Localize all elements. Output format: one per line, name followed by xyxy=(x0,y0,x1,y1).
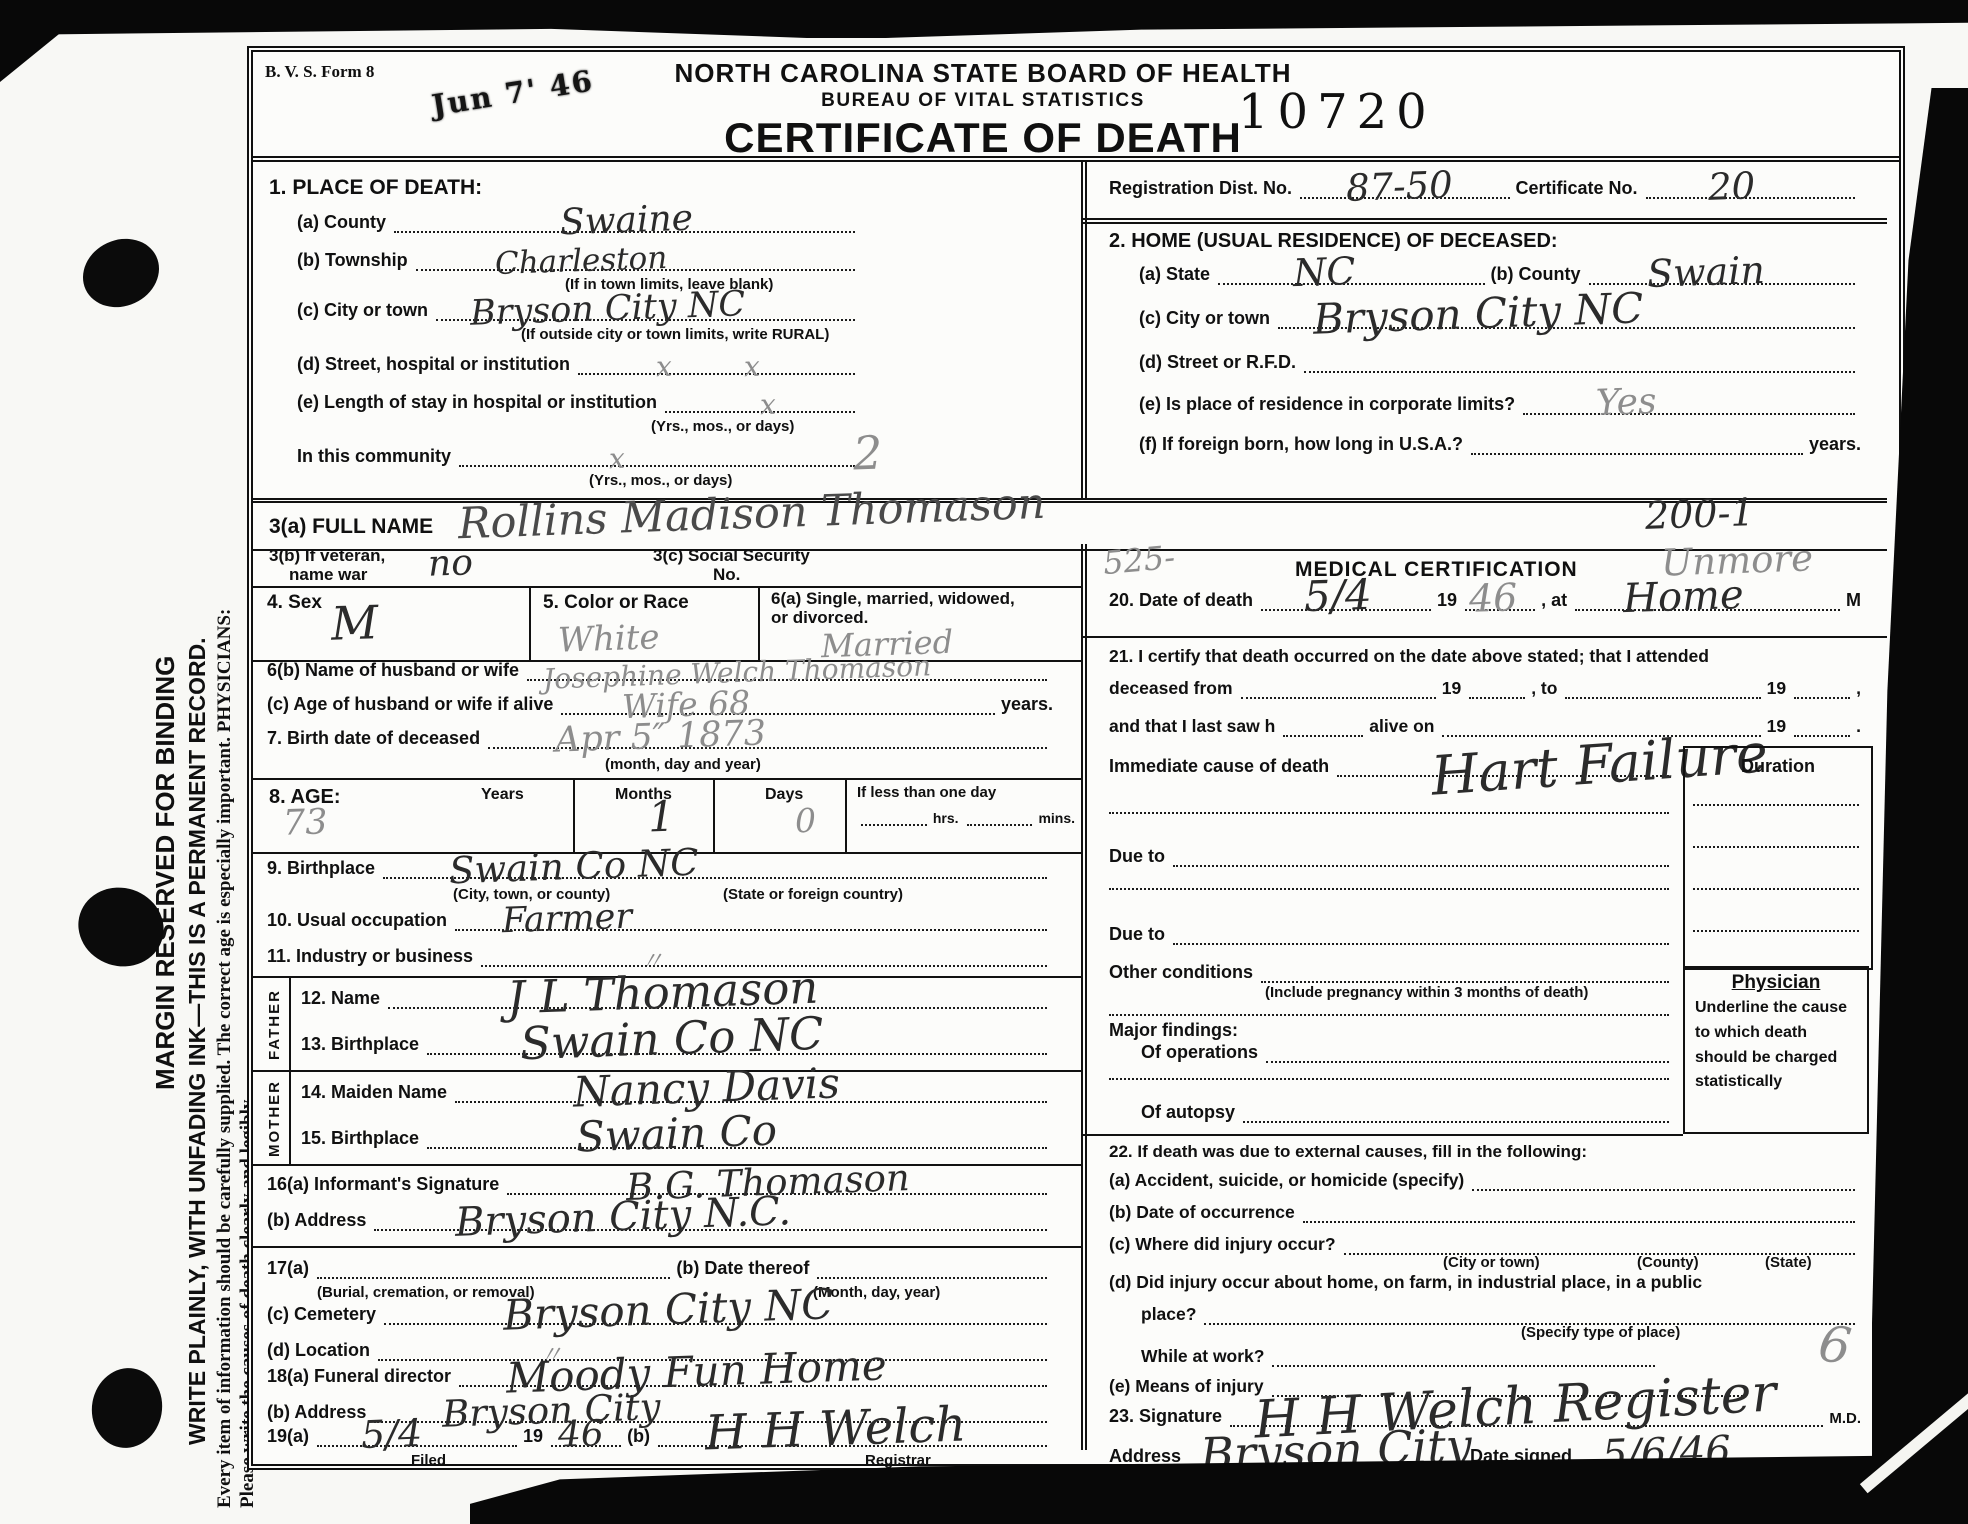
township-value: Charleston xyxy=(494,243,667,280)
home-corporate-value: Yes xyxy=(1596,384,1658,422)
mother-name-line: Nancy Davis xyxy=(455,1096,1047,1103)
home-state-label: (a) State xyxy=(1139,264,1210,285)
street-label: (d) Street, hospital or institution xyxy=(297,354,570,375)
date-of-death-row: 20. Date of death 5/4 19 46 , at Home M xyxy=(1109,590,1861,611)
father-name-row: 12. Name J L Thomason xyxy=(301,988,1053,1009)
community-row: In this community x xyxy=(297,446,861,467)
accident-row: (a) Accident, suicide, or homicide (spec… xyxy=(1109,1170,1861,1191)
age-years-value: 73 xyxy=(282,805,328,842)
margin-binding-note: MARGIN RESERVED FOR BINDING xyxy=(150,656,181,1090)
occurrence-date-row: (b) Date of occurrence xyxy=(1109,1202,1861,1223)
scan-corner-top-left xyxy=(0,30,64,82)
occurrence-date-label: (b) Date of occurrence xyxy=(1109,1202,1295,1223)
sex-value: M xyxy=(330,599,379,647)
community-line: x xyxy=(459,460,855,467)
due-to-label-2: Due to xyxy=(1109,924,1165,945)
home-state-value: NC xyxy=(1292,252,1356,292)
margin-permanent-record-note: WRITE PLAINLY, WITH UNFADING INK—THIS IS… xyxy=(184,637,211,1445)
fullname-code: 200-1 xyxy=(1644,493,1755,535)
registrar-signature-value: H H Welch xyxy=(704,1400,967,1457)
injury-home-label: (d) Did injury occur about home, on farm… xyxy=(1109,1272,1702,1293)
certificate-no-line: 20 xyxy=(1646,192,1855,199)
date-of-death-value: 5/4 xyxy=(1303,574,1372,618)
township-line: Charleston xyxy=(416,264,855,271)
filed-date-value: 5/4 xyxy=(360,1414,422,1454)
fullname-label: 3(a) FULL NAME xyxy=(269,515,433,539)
father-side-cell: FATHER xyxy=(259,978,291,1070)
ssn-label: 3(c) Social Security xyxy=(653,546,810,566)
home-city-label: (c) City or town xyxy=(1139,308,1270,329)
home-city-line: Bryson City NC xyxy=(1278,322,1855,329)
age-hrs-mins-row: hrs. mins. xyxy=(853,810,1075,826)
community-pencil-mark: 2 xyxy=(852,430,883,477)
informant-address-row: (b) Address Bryson City N.C. xyxy=(267,1210,1053,1231)
birthplace-row: 9. Birthplace Swain Co NC xyxy=(267,858,1053,879)
stay-length-note: (Yrs., mos., or days) xyxy=(651,418,794,435)
disposal-row: 17(a) (b) Date thereof xyxy=(267,1258,1053,1279)
disposal-date-line xyxy=(817,1272,1047,1279)
attended-from-year-line xyxy=(1469,692,1525,699)
spouse-age-row: (c) Age of husband or wife if alive Wife… xyxy=(267,694,1053,715)
immediate-cause-label: Immediate cause of death xyxy=(1109,756,1329,777)
injury-where-note1: (City or town) xyxy=(1443,1254,1540,1271)
dod-place-value: Home xyxy=(1622,575,1744,619)
injury-where-label: (c) Where did injury occur? xyxy=(1109,1234,1336,1255)
registration-divider xyxy=(1083,218,1887,224)
cemetery-value: Bryson City NC xyxy=(503,1283,835,1337)
home-corporate-line: Yes xyxy=(1523,408,1855,415)
age-mins-label: mins. xyxy=(1038,810,1075,826)
township-row: (b) Township Charleston xyxy=(297,250,861,271)
due-to-line-1 xyxy=(1173,860,1669,867)
medical-bottom-divider xyxy=(1083,1134,1683,1136)
industry-label: 11. Industry or business xyxy=(267,946,473,967)
attended-from-line xyxy=(1241,692,1436,699)
stay-length-label: (e) Length of stay in hospital or instit… xyxy=(297,392,657,413)
home-foreign-row: (f) If foreign born, how long in U.S.A.?… xyxy=(1139,434,1861,455)
county-value: Swaine xyxy=(559,201,693,242)
fullname-value: Rollins Madison Thomason xyxy=(457,483,1046,546)
registration-dist-line: 87-50 xyxy=(1300,192,1509,199)
veteran-row: 3(b) If veteran, name war no 3(c) Social… xyxy=(253,544,1083,588)
cemetery-row: (c) Cemetery Bryson City NC xyxy=(267,1304,1053,1325)
filed-date-line: 5/4 xyxy=(317,1440,517,1447)
filed-b-label: (b) xyxy=(627,1426,650,1447)
spouse-age-suffix: years. xyxy=(1001,694,1053,715)
age-less-label: If less than one day xyxy=(857,784,996,801)
spouse-line: Josephine Welch Thomason xyxy=(527,674,1047,681)
county-line: Swaine xyxy=(394,226,855,233)
marital-label: 6(a) Single, married, widowed, xyxy=(771,589,1015,609)
birthdate-line: Apr 5″ 1873 xyxy=(488,742,1047,749)
industry-row: 11. Industry or business 〃 xyxy=(267,946,1053,967)
street-row: (d) Street, hospital or institution x x xyxy=(297,354,861,375)
form-body: 1. PLACE OF DEATH: (a) County Swaine (b)… xyxy=(253,162,1899,1450)
registration-dist-label: Registration Dist. No. xyxy=(1109,178,1292,199)
street-line: x x xyxy=(578,368,855,375)
certificate-no-label: Certificate No. xyxy=(1516,178,1638,199)
physician-title: Physician xyxy=(1695,972,1857,994)
physician-note: Underline the cause to which death shoul… xyxy=(1695,996,1857,1095)
street-x-mark-2: x xyxy=(744,353,761,382)
sex-race-marital-row: 4. Sex M 5. Color or Race White 6(a) Sin… xyxy=(253,586,1083,662)
operations-label: Of operations xyxy=(1141,1042,1258,1063)
mother-birthplace-value: Swain Co xyxy=(575,1110,777,1159)
column-divider-top xyxy=(1081,162,1087,498)
attended-to-label: , to xyxy=(1531,678,1557,699)
attended-from-label: deceased from xyxy=(1109,678,1233,699)
physician-signature-row: 23. Signature H H Welch Register M.D. xyxy=(1109,1406,1861,1427)
last-saw-h-line xyxy=(1283,730,1363,737)
ssn-label2: No. xyxy=(713,565,740,585)
birthplace-label: 9. Birthplace xyxy=(267,858,375,879)
age-days-value: 0 xyxy=(794,804,816,838)
major-findings-label: Major findings: xyxy=(1109,1020,1238,1041)
column-divider-bottom xyxy=(1081,544,1087,1450)
birthplace-line: Swain Co NC xyxy=(383,872,1047,879)
age-div2 xyxy=(713,778,715,852)
city-note: (If outside city or town limits, write R… xyxy=(521,326,829,343)
form-header: B. V. S. Form 8 Jun 7' 46 NORTH CAROLINA… xyxy=(253,52,1899,162)
injury-where-note3: (State) xyxy=(1765,1254,1812,1271)
alive-period: . xyxy=(1856,716,1861,737)
date-of-death-label: 20. Date of death xyxy=(1109,590,1253,611)
age-mins-line xyxy=(967,819,1033,826)
occupation-value: Farmer xyxy=(502,900,633,940)
due-to-line-2 xyxy=(1173,938,1669,945)
funeral-director-line: Moody Fun Home xyxy=(459,1380,1047,1387)
funeral-address-label: (b) Address xyxy=(267,1402,366,1423)
duration-rule-3 xyxy=(1693,888,1859,890)
informant-signature-label: 16(a) Informant's Signature xyxy=(267,1174,499,1195)
other-conditions-line xyxy=(1261,976,1669,983)
marital-label2: or divorced. xyxy=(771,608,868,628)
father-side-label: FATHER xyxy=(266,989,283,1060)
funeral-director-row: 18(a) Funeral director Moody Fun Home xyxy=(267,1366,1053,1387)
registrar-signature-line: H H Welch xyxy=(658,1440,1047,1447)
while-at-work-line xyxy=(1272,1360,1655,1367)
mother-birthplace-label: 15. Birthplace xyxy=(301,1128,419,1149)
punch-hole-top xyxy=(72,227,171,320)
duration-rule-4 xyxy=(1693,930,1859,932)
duration-box: Duration xyxy=(1683,746,1873,970)
sex-label: 4. Sex xyxy=(267,592,322,614)
other-conditions-note: (Include pregnancy within 3 months of de… xyxy=(1265,984,1588,1001)
injury-where-row: (c) Where did injury occur? xyxy=(1109,1234,1861,1255)
birthdate-note: (month, day and year) xyxy=(605,756,761,773)
margin-supply-note: Every item of information should be care… xyxy=(214,609,236,1508)
home-foreign-suffix: years. xyxy=(1809,434,1861,455)
birthdate-row: 7. Birth date of deceased Apr 5″ 1873 xyxy=(267,728,1053,749)
age-hrs-line xyxy=(861,819,927,826)
home-street-row: (d) Street or R.F.D. xyxy=(1139,352,1861,373)
disposal-date-label: (b) Date thereof xyxy=(676,1258,809,1279)
autopsy-row: Of autopsy xyxy=(1141,1102,1675,1123)
home-foreign-label: (f) If foreign born, how long in U.S.A.? xyxy=(1139,434,1463,455)
md-label: M.D. xyxy=(1829,1410,1861,1427)
spouse-age-line: Wife 68 xyxy=(561,708,995,715)
place-of-death-heading: 1. PLACE OF DEATH: xyxy=(269,176,482,200)
occupation-line: Farmer xyxy=(455,924,1047,931)
while-at-work-row: While at work? xyxy=(1141,1346,1661,1367)
location-label: (d) Location xyxy=(267,1340,370,1361)
disposal-line xyxy=(317,1272,670,1279)
street-x-mark: x xyxy=(655,353,672,382)
cemetery-line: Bryson City NC xyxy=(384,1318,1047,1325)
due-to-label-1: Due to xyxy=(1109,846,1165,867)
certify-statement: 21. I certify that death occurred on the… xyxy=(1109,646,1709,667)
community-label: In this community xyxy=(297,446,451,467)
informant-address-value: Bryson City N.C. xyxy=(454,1191,791,1243)
veteran-label2: name war xyxy=(289,565,367,585)
cause-rule-2 xyxy=(1109,888,1669,890)
punch-hole-bottom xyxy=(86,1363,169,1454)
filed-year-value: 46 xyxy=(557,1416,604,1454)
due-to-row-1: Due to xyxy=(1109,846,1675,867)
birthdate-label: 7. Birth date of deceased xyxy=(267,728,480,749)
physician-signature-label: 23. Signature xyxy=(1109,1406,1222,1427)
filed-year-line: 46 xyxy=(551,1440,621,1447)
sex-race-divider xyxy=(529,586,531,660)
mother-side-label: MOTHER xyxy=(266,1080,283,1157)
dod-year-value: 46 xyxy=(1468,578,1518,618)
means-of-injury-label: (e) Means of injury xyxy=(1109,1376,1264,1397)
veteran-value: no xyxy=(427,545,473,583)
dod-m-label: M xyxy=(1846,590,1861,611)
due-to-row-2: Due to xyxy=(1109,924,1675,945)
father-name-line: J L Thomason xyxy=(388,1002,1047,1009)
registration-dist-value: 87-50 xyxy=(1345,166,1453,207)
spouse-age-label: (c) Age of husband or wife if alive xyxy=(267,694,553,715)
injury-where-note2: (County) xyxy=(1637,1254,1699,1271)
home-city-row: (c) City or town Bryson City NC xyxy=(1139,308,1861,329)
certificate-serial-number: 10720 xyxy=(1238,84,1436,140)
disposal-label: 17(a) xyxy=(267,1258,309,1279)
occurrence-date-line xyxy=(1303,1216,1855,1223)
autopsy-line xyxy=(1243,1116,1669,1123)
scan-edge-top xyxy=(0,0,1968,38)
injury-place-row: place? xyxy=(1141,1304,1861,1325)
informant-address-label: (b) Address xyxy=(267,1210,366,1231)
alive-on-year-line xyxy=(1794,730,1850,737)
attended-to-line xyxy=(1565,692,1760,699)
funeral-director-label: 18(a) Funeral director xyxy=(267,1366,451,1387)
while-at-work-label: While at work? xyxy=(1141,1346,1264,1367)
attended-comma: , xyxy=(1856,678,1861,699)
autopsy-label: Of autopsy xyxy=(1141,1102,1235,1123)
home-county-value: Swain xyxy=(1646,251,1765,293)
home-state-line: NC xyxy=(1218,278,1485,285)
city-row: (c) City or town Bryson City NC xyxy=(297,300,861,321)
death-certificate-scan: MARGIN RESERVED FOR BINDING WRITE PLAINL… xyxy=(0,0,1968,1524)
home-street-label: (d) Street or R.F.D. xyxy=(1139,352,1296,373)
attended-to-year-line xyxy=(1794,692,1850,699)
father-birthplace-row: 13. Birthplace Swain Co NC xyxy=(301,1034,1053,1055)
injury-place-label: place? xyxy=(1141,1304,1196,1325)
spouse-label: 6(b) Name of husband or wife xyxy=(267,660,519,681)
home-city-value: Bryson City NC xyxy=(1312,287,1644,341)
filed-year-prefix: 19 xyxy=(523,1426,543,1447)
filed-note: Filed xyxy=(411,1452,446,1469)
mother-side-cell: MOTHER xyxy=(259,1072,291,1164)
birthplace-value: Swain Co NC xyxy=(449,844,700,890)
filed-label: 19(a) xyxy=(267,1426,309,1447)
informant-divider xyxy=(253,1246,1083,1248)
last-saw-label: and that I last saw h xyxy=(1109,716,1275,737)
home-corporate-row: (e) Is place of residence in corporate l… xyxy=(1139,394,1861,415)
occupation-row: 10. Usual occupation Farmer xyxy=(267,910,1053,931)
informant-address-line: Bryson City N.C. xyxy=(374,1224,1047,1231)
race-label: 5. Color or Race xyxy=(543,592,689,614)
operations-line xyxy=(1266,1056,1669,1063)
race-marital-divider xyxy=(758,586,760,660)
stay-length-line: x xyxy=(665,406,855,413)
age-div3 xyxy=(845,778,847,852)
spouse-row: 6(b) Name of husband or wife Josephine W… xyxy=(267,660,1053,681)
dod-place-line: Home xyxy=(1575,604,1840,611)
home-foreign-line xyxy=(1471,448,1803,455)
cemetery-label: (c) Cemetery xyxy=(267,1304,376,1325)
attended-from-row: deceased from 19 , to 19 , xyxy=(1109,678,1861,699)
age-years-label: Years xyxy=(481,786,524,804)
dod-at-label: , at xyxy=(1541,590,1567,611)
birthdate-value: Apr 5″ 1873 xyxy=(555,716,767,758)
county-label: (a) County xyxy=(297,212,386,233)
injury-place-note: (Specify type of place) xyxy=(1521,1324,1680,1341)
veteran-label: 3(b) If veteran, xyxy=(269,546,385,566)
duration-label: Duration xyxy=(1685,756,1871,777)
city-label: (c) City or town xyxy=(297,300,428,321)
registration-row: Registration Dist. No. 87-50 Certificate… xyxy=(1109,178,1861,199)
physician-box: Physician Underline the cause to which d… xyxy=(1683,966,1869,1134)
father-birthplace-value: Swain Co NC xyxy=(519,1011,824,1067)
stay-x-mark: x xyxy=(760,391,777,420)
cause-rule-1 xyxy=(1109,812,1669,814)
other-conditions-label: Other conditions xyxy=(1109,962,1253,983)
county-row: (a) County Swaine xyxy=(297,212,861,233)
certificate-no-value: 20 xyxy=(1708,167,1756,206)
home-street-line xyxy=(1304,366,1855,373)
mother-birthplace-row: 15. Birthplace Swain Co xyxy=(301,1128,1053,1149)
race-value: White xyxy=(557,620,660,658)
duration-rule-2 xyxy=(1693,846,1859,848)
alive-on-label: alive on xyxy=(1369,716,1434,737)
external-causes-heading: 22. If death was due to external causes,… xyxy=(1109,1142,1587,1162)
duration-rule-1 xyxy=(1693,804,1859,806)
alive-on-19: 19 xyxy=(1767,716,1786,737)
other-conditions-row: Other conditions xyxy=(1109,962,1675,983)
age-div1 xyxy=(573,778,575,852)
certificate-form: B. V. S. Form 8 Jun 7' 46 NORTH CAROLINA… xyxy=(247,46,1905,1470)
form-number: B. V. S. Form 8 xyxy=(265,62,374,82)
community-x-mark: x xyxy=(609,445,626,474)
home-state-county-row: (a) State NC (b) County Swain xyxy=(1139,264,1861,285)
dod-year-prefix: 19 xyxy=(1437,590,1457,611)
dod-divider xyxy=(1083,636,1887,638)
home-county-label: (b) County xyxy=(1491,264,1581,285)
mother-birthplace-line: Swain Co xyxy=(427,1142,1047,1149)
age-months-value: 1 xyxy=(647,796,675,839)
operations-rule xyxy=(1109,1078,1669,1080)
township-label: (b) Township xyxy=(297,250,408,271)
mother-name-row: 14. Maiden Name Nancy Davis xyxy=(301,1082,1053,1103)
attended-to-19: 19 xyxy=(1767,678,1786,699)
mother-name-label: 14. Maiden Name xyxy=(301,1082,447,1103)
accident-line xyxy=(1472,1184,1855,1191)
date-of-death-line: 5/4 xyxy=(1261,604,1431,611)
father-name-label: 12. Name xyxy=(301,988,380,1009)
attended-from-19: 19 xyxy=(1442,678,1461,699)
father-birthplace-line: Swain Co NC xyxy=(427,1048,1047,1055)
home-corporate-label: (e) Is place of residence in corporate l… xyxy=(1139,394,1515,415)
occupation-label: 10. Usual occupation xyxy=(267,910,447,931)
father-birthplace-label: 13. Birthplace xyxy=(301,1034,419,1055)
community-note: (Yrs., mos., or days) xyxy=(589,472,732,489)
pencil-mark-6: 6 xyxy=(1816,1318,1854,1372)
other-rule xyxy=(1109,1014,1669,1016)
age-hrs-label: hrs. xyxy=(933,810,959,826)
accident-label: (a) Accident, suicide, or homicide (spec… xyxy=(1109,1170,1464,1191)
dod-year-line: 46 xyxy=(1465,604,1535,611)
city-line: Bryson City NC xyxy=(436,314,855,321)
medical-pencil-code: 525- xyxy=(1102,541,1176,579)
mother-name-value: Nancy Davis xyxy=(573,1062,841,1113)
stay-length-row: (e) Length of stay in hospital or instit… xyxy=(297,392,861,413)
birthplace-note2: (State or foreign country) xyxy=(723,886,903,903)
operations-row: Of operations xyxy=(1141,1042,1675,1063)
filed-row: 19(a) 5/4 19 46 (b) H H Welch xyxy=(267,1426,1053,1447)
